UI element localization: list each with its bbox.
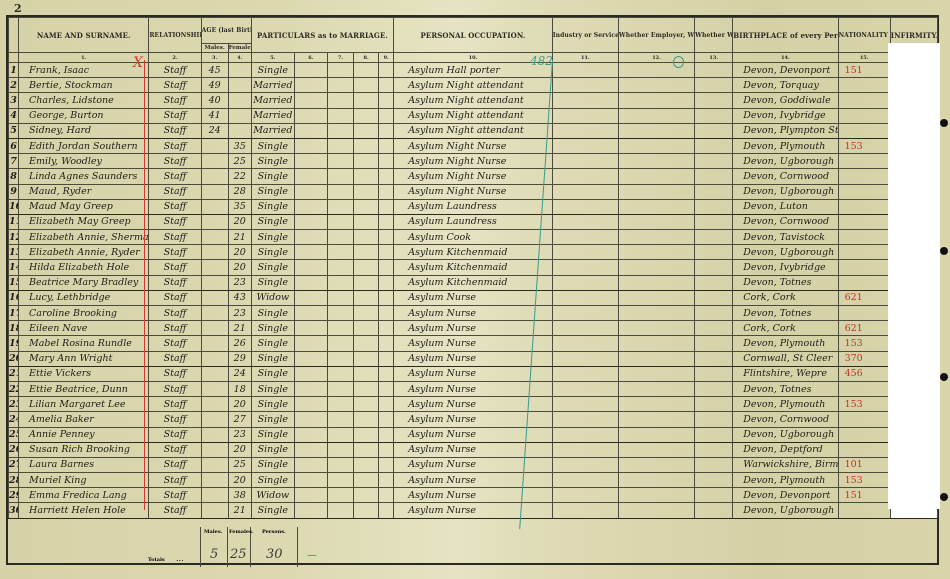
- occupation: Asylum Nurse: [394, 290, 552, 305]
- age-male: 40: [201, 93, 228, 108]
- nationality-code: 151: [838, 63, 890, 78]
- marital-condition: Married: [251, 123, 294, 138]
- marriage-col-9: [379, 108, 394, 123]
- employer-status: [618, 154, 694, 169]
- marriage-col-6: [294, 427, 327, 442]
- age-female: 23: [228, 275, 251, 290]
- occupation: Asylum Kitchenmaid: [394, 245, 552, 260]
- table-row: 27Laura BarnesStaff25SingleAsylum NurseW…: [9, 457, 938, 472]
- age-male: [201, 412, 228, 427]
- age-male: 45: [201, 63, 228, 78]
- person-name: Annie Penney: [19, 427, 149, 442]
- age-males-header: Males.: [201, 44, 228, 53]
- nationality-code: 621: [838, 290, 890, 305]
- birthplace: Devon, Plymouth: [733, 336, 838, 351]
- marital-condition: Single: [251, 321, 294, 336]
- birthplace: Devon, Plymouth: [733, 397, 838, 412]
- birthplace: Devon, Ivybridge: [733, 108, 838, 123]
- age-male: 41: [201, 108, 228, 123]
- occupation: Asylum Kitchenmaid: [394, 260, 552, 275]
- col-num: 1.: [19, 53, 149, 63]
- marital-condition: Single: [251, 245, 294, 260]
- working-at-home: [695, 366, 733, 381]
- marriage-col-7: [327, 427, 353, 442]
- marriage-col-8: [354, 138, 379, 153]
- industry: [552, 245, 618, 260]
- employer-status: [618, 473, 694, 488]
- nationality-code: 456: [838, 366, 890, 381]
- nationality-code: [838, 412, 890, 427]
- working-at-home: [695, 93, 733, 108]
- birthplace: Cornwall, St Cleer: [733, 351, 838, 366]
- age-female: [228, 63, 251, 78]
- person-name: Caroline Brooking: [19, 306, 149, 321]
- marriage-col-7: [327, 245, 353, 260]
- marriage-col-9: [379, 290, 394, 305]
- marriage-col-8: [354, 184, 379, 199]
- birthplace: Devon, Luton: [733, 199, 838, 214]
- employer-status: [618, 381, 694, 396]
- marriage-col-8: [354, 336, 379, 351]
- birthplace: Devon, Totnes: [733, 275, 838, 290]
- birthplace: Devon, Plymouth: [733, 473, 838, 488]
- marriage-col-8: [354, 275, 379, 290]
- industry: [552, 290, 618, 305]
- industry: [552, 457, 618, 472]
- relationship-header: RELATIONSHIP to Head of Family, or Posit…: [149, 18, 201, 53]
- row-number: 11: [9, 214, 19, 229]
- age-female: [228, 108, 251, 123]
- relationship: Staff: [149, 78, 201, 93]
- marital-condition: Single: [251, 351, 294, 366]
- nationality-code: [838, 199, 890, 214]
- relationship: Staff: [149, 412, 201, 427]
- age-female: 25: [228, 457, 251, 472]
- industry: [552, 336, 618, 351]
- punch-hole: [940, 247, 948, 255]
- table-row: 24Amelia BakerStaff27SingleAsylum NurseD…: [9, 412, 938, 427]
- marriage-col-9: [379, 93, 394, 108]
- totals-dots: ...: [176, 554, 184, 563]
- age-female: 27: [228, 412, 251, 427]
- employer-status: [618, 412, 694, 427]
- working-at-home: [695, 78, 733, 93]
- marriage-col-7: [327, 321, 353, 336]
- age-male: [201, 473, 228, 488]
- marriage-col-9: [379, 457, 394, 472]
- person-name: Laura Barnes: [19, 457, 149, 472]
- col-num: 4.: [228, 53, 251, 63]
- marital-condition: Widow: [251, 290, 294, 305]
- industry: [552, 108, 618, 123]
- relationship: Staff: [149, 154, 201, 169]
- table-row: 20Mary Ann WrightStaff29SingleAsylum Nur…: [9, 351, 938, 366]
- marriage-col-8: [354, 230, 379, 245]
- totals-females-label: Females.: [229, 529, 254, 535]
- marital-condition: Single: [251, 275, 294, 290]
- age-male: [201, 427, 228, 442]
- table-row: 29Emma Fredica LangStaff38WidowAsylum Nu…: [9, 488, 938, 503]
- marriage-col-6: [294, 321, 327, 336]
- nationality-code: [838, 427, 890, 442]
- marriage-col-9: [379, 397, 394, 412]
- occupation: Asylum Laundress: [394, 214, 552, 229]
- age-female: 20: [228, 260, 251, 275]
- marital-condition: Married: [251, 108, 294, 123]
- working-at-home: [695, 123, 733, 138]
- marriage-col-8: [354, 427, 379, 442]
- working-at-home: [695, 108, 733, 123]
- industry: [552, 154, 618, 169]
- marital-condition: Single: [251, 184, 294, 199]
- person-name: Lucy, Lethbridge: [19, 290, 149, 305]
- industry: [552, 138, 618, 153]
- person-name: Elizabeth May Greep: [19, 214, 149, 229]
- nationality-code: [838, 245, 890, 260]
- relationship: Staff: [149, 63, 201, 78]
- industry: [552, 366, 618, 381]
- marriage-col-7: [327, 290, 353, 305]
- relationship: Staff: [149, 321, 201, 336]
- occupation: Asylum Night Nurse: [394, 184, 552, 199]
- person-name: Emily, Woodley: [19, 154, 149, 169]
- nationality-code: [838, 154, 890, 169]
- col-num: [9, 53, 19, 63]
- working-at-home: [695, 138, 733, 153]
- person-name: Hilda Elizabeth Hole: [19, 260, 149, 275]
- occupation: Asylum Nurse: [394, 457, 552, 472]
- marital-condition: Married: [251, 78, 294, 93]
- nationality-code: 153: [838, 397, 890, 412]
- marriage-col-9: [379, 230, 394, 245]
- nationality-code: 153: [838, 473, 890, 488]
- table-row: 9Maud, RyderStaff28SingleAsylum Night Nu…: [9, 184, 938, 199]
- industry: [552, 199, 618, 214]
- employer-status: [618, 78, 694, 93]
- marriage-col-9: [379, 260, 394, 275]
- marriage-col-6: [294, 473, 327, 488]
- marriage-col-6: [294, 63, 327, 78]
- marriage-col-8: [354, 169, 379, 184]
- col-num: 6.: [294, 53, 327, 63]
- red-tick-mark: X: [133, 55, 143, 71]
- relationship: Staff: [149, 351, 201, 366]
- marriage-col-7: [327, 412, 353, 427]
- marriage-col-6: [294, 306, 327, 321]
- age-female: 35: [228, 199, 251, 214]
- occupation: Asylum Night Nurse: [394, 169, 552, 184]
- person-name: Ettie Beatrice, Dunn: [19, 381, 149, 396]
- employer-status: [618, 366, 694, 381]
- marriage-col-9: [379, 214, 394, 229]
- table-row: 15Beatrice Mary BradleyStaff23SingleAsyl…: [9, 275, 938, 290]
- age-female: [228, 93, 251, 108]
- relationship: Staff: [149, 230, 201, 245]
- industry: [552, 306, 618, 321]
- marriage-col-7: [327, 63, 353, 78]
- birthplace: Devon, Cornwood: [733, 214, 838, 229]
- marriage-col-6: [294, 488, 327, 503]
- relationship: Staff: [149, 366, 201, 381]
- working-at-home: [695, 275, 733, 290]
- industry: [552, 473, 618, 488]
- employer-status: [618, 397, 694, 412]
- employer-status: [618, 336, 694, 351]
- age-female: 26: [228, 336, 251, 351]
- occupation: Asylum Nurse: [394, 306, 552, 321]
- table-row: 23Lilian Margaret LeeStaff20SingleAsylum…: [9, 397, 938, 412]
- row-number: 14: [9, 260, 19, 275]
- employer-status: [618, 93, 694, 108]
- working-at-home: [695, 306, 733, 321]
- nationality-code: [838, 214, 890, 229]
- marriage-col-9: [379, 488, 394, 503]
- employer-status: [618, 123, 694, 138]
- age-male: [201, 397, 228, 412]
- row-number: 4: [9, 108, 19, 123]
- relationship: Staff: [149, 306, 201, 321]
- birthplace: Cork, Cork: [733, 290, 838, 305]
- marriage-col-6: [294, 169, 327, 184]
- marriage-col-8: [354, 488, 379, 503]
- age-female: [228, 78, 251, 93]
- occupation: Asylum Nurse: [394, 351, 552, 366]
- nationality-code: [838, 381, 890, 396]
- totals-divider: [227, 527, 228, 567]
- marriage-col-7: [327, 260, 353, 275]
- marriage-col-9: [379, 123, 394, 138]
- industry: [552, 351, 618, 366]
- occupation: Asylum Night Nurse: [394, 154, 552, 169]
- marriage-col-9: [379, 336, 394, 351]
- birthplace: Devon, Deptford: [733, 442, 838, 457]
- nationality-code: 370: [838, 351, 890, 366]
- marriage-col-8: [354, 366, 379, 381]
- marriage-col-7: [327, 306, 353, 321]
- marital-condition: Single: [251, 397, 294, 412]
- marriage-col-6: [294, 275, 327, 290]
- marriage-col-6: [294, 78, 327, 93]
- marriage-col-8: [354, 108, 379, 123]
- table-row: 14Hilda Elizabeth HoleStaff20SingleAsylu…: [9, 260, 938, 275]
- person-name: Susan Rich Brooking: [19, 442, 149, 457]
- occupation: Asylum Hall porter: [394, 63, 552, 78]
- relationship: Staff: [149, 457, 201, 472]
- col-num: 11.: [552, 53, 618, 63]
- marriage-col-8: [354, 154, 379, 169]
- marital-condition: Single: [251, 214, 294, 229]
- totals-males-value: 5: [210, 547, 218, 562]
- employer-status: [618, 503, 694, 518]
- occupation: Asylum Nurse: [394, 442, 552, 457]
- marriage-col-7: [327, 123, 353, 138]
- relationship: Staff: [149, 290, 201, 305]
- row-number: 5: [9, 123, 19, 138]
- employer-status: [618, 138, 694, 153]
- marriage-col-8: [354, 381, 379, 396]
- occupation: Asylum Nurse: [394, 412, 552, 427]
- table-row: 4George, BurtonStaff41MarriedAsylum Nigh…: [9, 108, 938, 123]
- working-at-home: [695, 260, 733, 275]
- marriage-col-6: [294, 184, 327, 199]
- age-male: [201, 184, 228, 199]
- table-row: 16Lucy, LethbridgeStaff43WidowAsylum Nur…: [9, 290, 938, 305]
- nationality-code: [838, 123, 890, 138]
- employer-status: [618, 260, 694, 275]
- table-row: 30Harriett Helen HoleStaff21SingleAsylum…: [9, 503, 938, 518]
- row-number: 10: [9, 199, 19, 214]
- nationality-code: [838, 93, 890, 108]
- industry: [552, 93, 618, 108]
- birthplace: Cork, Cork: [733, 321, 838, 336]
- working-at-home: [695, 397, 733, 412]
- row-number: 27: [9, 457, 19, 472]
- person-name: Maud May Greep: [19, 199, 149, 214]
- marriage-col-8: [354, 473, 379, 488]
- marriage-col-6: [294, 366, 327, 381]
- relationship: Staff: [149, 442, 201, 457]
- birthplace: Devon, Ugborough: [733, 184, 838, 199]
- industry: [552, 260, 618, 275]
- birthplace: Devon, Ugborough: [733, 427, 838, 442]
- marital-condition: Single: [251, 154, 294, 169]
- employer-status: [618, 169, 694, 184]
- birthplace: Devon, Torquay: [733, 78, 838, 93]
- relationship: Staff: [149, 381, 201, 396]
- row-number: 30: [9, 503, 19, 518]
- table-row: 1Frank, IsaacStaff45SingleAsylum Hall po…: [9, 63, 938, 78]
- employer-status: [618, 442, 694, 457]
- age-females-header: Females.: [228, 44, 251, 53]
- relationship: Staff: [149, 473, 201, 488]
- marriage-col-6: [294, 230, 327, 245]
- age-female: 20: [228, 214, 251, 229]
- person-name: Bertie, Stockman: [19, 78, 149, 93]
- col-num: 5.: [251, 53, 294, 63]
- marriage-col-9: [379, 63, 394, 78]
- row-number: 2: [9, 78, 19, 93]
- person-name: Ettie Vickers: [19, 366, 149, 381]
- marriage-col-8: [354, 457, 379, 472]
- marital-condition: Single: [251, 381, 294, 396]
- relationship: Staff: [149, 275, 201, 290]
- industry-header: Industry or Service with which Worker is…: [552, 18, 618, 53]
- marriage-col-9: [379, 245, 394, 260]
- row-number: 12: [9, 230, 19, 245]
- page-number: 2: [14, 2, 22, 15]
- relationship: Staff: [149, 427, 201, 442]
- person-name: Amelia Baker: [19, 412, 149, 427]
- red-dash-mark: —: [307, 550, 317, 561]
- age-male: [201, 199, 228, 214]
- age-female: 20: [228, 245, 251, 260]
- marriage-col-7: [327, 457, 353, 472]
- marriage-col-6: [294, 442, 327, 457]
- marriage-col-7: [327, 336, 353, 351]
- col-num: 15.: [838, 53, 890, 63]
- marriage-col-6: [294, 245, 327, 260]
- birthplace: Devon, Ugborough: [733, 245, 838, 260]
- marriage-col-7: [327, 93, 353, 108]
- marital-condition: Single: [251, 457, 294, 472]
- birthplace: Devon, Plympton St Mary: [733, 123, 838, 138]
- marriage-col-8: [354, 260, 379, 275]
- birthplace: Devon, Devonport: [733, 63, 838, 78]
- working-at-home: [695, 336, 733, 351]
- marriage-header: PARTICULARS as to MARRIAGE.: [251, 18, 393, 53]
- marriage-col-6: [294, 457, 327, 472]
- age-female: [228, 123, 251, 138]
- birthplace: Devon, Cornwood: [733, 169, 838, 184]
- marriage-col-9: [379, 412, 394, 427]
- age-female: 38: [228, 488, 251, 503]
- person-name: Beatrice Mary Bradley: [19, 275, 149, 290]
- marriage-col-6: [294, 199, 327, 214]
- working-at-home: [695, 457, 733, 472]
- working-at-home: [695, 230, 733, 245]
- age-male: [201, 321, 228, 336]
- col-num: 13.: [695, 53, 733, 63]
- working-at-home: [695, 184, 733, 199]
- birthplace: Devon, Ivybridge: [733, 260, 838, 275]
- industry: [552, 427, 618, 442]
- birthplace: Devon, Devonport: [733, 488, 838, 503]
- employer-status: [618, 427, 694, 442]
- marital-condition: Widow: [251, 488, 294, 503]
- occupation: Asylum Nurse: [394, 488, 552, 503]
- working-at-home: [695, 473, 733, 488]
- marriage-col-8: [354, 63, 379, 78]
- working-at-home: [695, 214, 733, 229]
- age-male: [201, 260, 228, 275]
- marriage-col-6: [294, 260, 327, 275]
- nationality-code: [838, 503, 890, 518]
- row-number: 20: [9, 351, 19, 366]
- green-circle-mark: [673, 56, 684, 68]
- nationality-code: [838, 184, 890, 199]
- table-row: 21Ettie VickersStaff24SingleAsylum Nurse…: [9, 366, 938, 381]
- working-at-home: [695, 442, 733, 457]
- age-female: 22: [228, 169, 251, 184]
- age-female: 35: [228, 138, 251, 153]
- working-at-home: [695, 169, 733, 184]
- marriage-col-9: [379, 473, 394, 488]
- occupation: Asylum Nurse: [394, 321, 552, 336]
- working-at-home: [695, 63, 733, 78]
- marriage-col-8: [354, 290, 379, 305]
- table-row: 13Elizabeth Annie, RyderStaff20SingleAsy…: [9, 245, 938, 260]
- relationship: Staff: [149, 214, 201, 229]
- marriage-col-7: [327, 275, 353, 290]
- marriage-col-7: [327, 138, 353, 153]
- marital-condition: Single: [251, 230, 294, 245]
- age-male: 49: [201, 78, 228, 93]
- industry: [552, 184, 618, 199]
- home-header: Whether Working at Home.: [695, 18, 733, 53]
- nationality-code: [838, 442, 890, 457]
- marriage-col-9: [379, 321, 394, 336]
- marriage-col-6: [294, 108, 327, 123]
- marriage-col-6: [294, 123, 327, 138]
- birthplace: Devon, Cornwood: [733, 412, 838, 427]
- marriage-col-7: [327, 488, 353, 503]
- marital-condition: Single: [251, 260, 294, 275]
- age-female: 29: [228, 351, 251, 366]
- birthplace-header: BIRTHPLACE of every Person.: [733, 18, 838, 53]
- person-name: Linda Agnes Saunders: [19, 169, 149, 184]
- nationality-code: [838, 108, 890, 123]
- col-num: 10.: [394, 53, 552, 63]
